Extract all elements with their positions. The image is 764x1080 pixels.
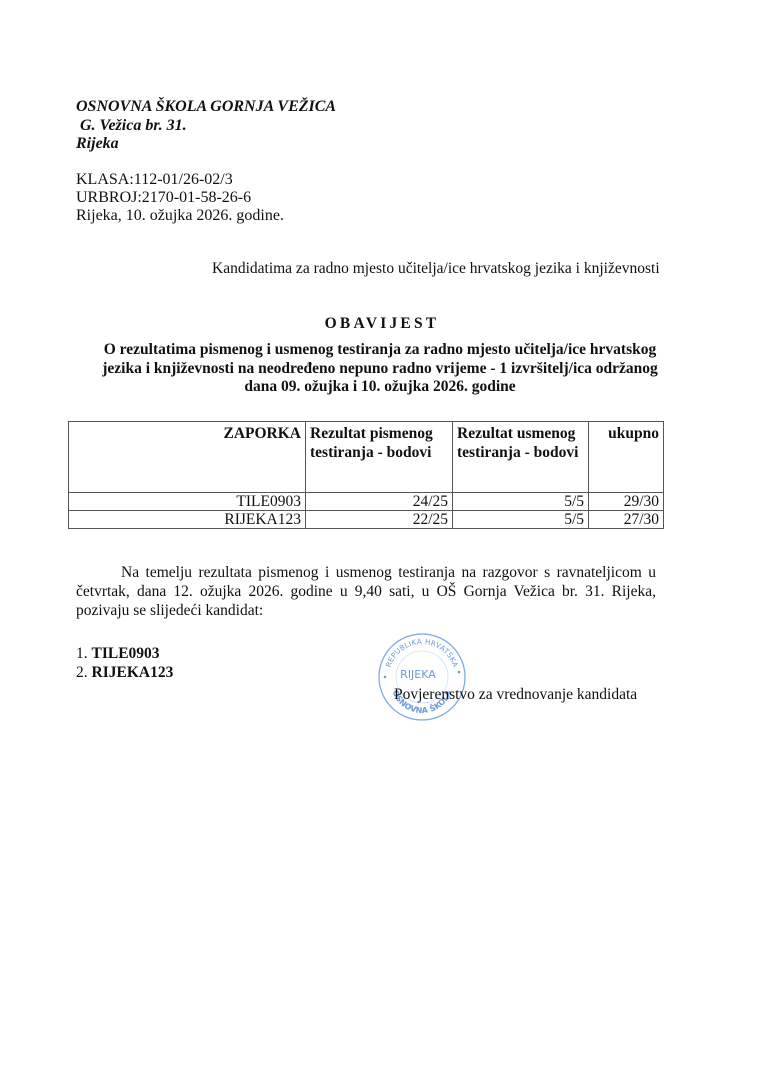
list-item: 1. TILE0903 bbox=[76, 645, 173, 664]
header-code: ZAPORKA bbox=[69, 422, 306, 493]
document-references: KLASA:112-01/26-02/3 URBROJ:2170-01-58-2… bbox=[76, 171, 284, 225]
cell-total: 27/30 bbox=[589, 511, 664, 529]
document-title: OBAVIJEST bbox=[0, 315, 764, 333]
subject-line-3: dana 09. ožujka i 10. ožujka 2026. godin… bbox=[70, 378, 690, 397]
cell-code: RIJEKA123 bbox=[69, 511, 306, 529]
recipient-line: Kandidatima za radno mjesto učitelja/ice… bbox=[212, 260, 660, 278]
subject-line-1: O rezultatima pismenog i usmenog testira… bbox=[70, 341, 690, 360]
candidate-list: 1. TILE0903 2. RIJEKA123 bbox=[76, 645, 173, 682]
paragraph-text: Na temelju rezultata pismenog i usmenog … bbox=[76, 563, 656, 620]
list-item: 2. RIJEKA123 bbox=[76, 664, 173, 683]
table-row: RIJEKA123 22/25 5/5 27/30 bbox=[69, 511, 664, 529]
school-address: G. Vežica br. 31. bbox=[76, 117, 336, 136]
school-city: Rijeka bbox=[76, 135, 336, 154]
cell-oral: 5/5 bbox=[453, 493, 589, 511]
klasa: KLASA:112-01/26-02/3 bbox=[76, 171, 284, 189]
school-name: OSNOVNA ŠKOLA GORNJA VEŽICA bbox=[76, 98, 336, 117]
cell-written: 24/25 bbox=[306, 493, 453, 511]
svg-text:REPUBLIKA HRVATSKA: REPUBLIKA HRVATSKA bbox=[384, 637, 461, 669]
cell-oral: 5/5 bbox=[453, 511, 589, 529]
urbroj: URBROJ:2170-01-58-26-6 bbox=[76, 189, 284, 207]
signature-committee: Povjerenstvo za vrednovanje kandidata bbox=[394, 686, 637, 704]
cell-code: TILE0903 bbox=[69, 493, 306, 511]
header-written: Rezultat pismenogtestiranja - bodovi bbox=[306, 422, 453, 493]
cell-total: 29/30 bbox=[589, 493, 664, 511]
school-header: OSNOVNA ŠKOLA GORNJA VEŽICA G. Vežica br… bbox=[76, 98, 336, 154]
results-table: ZAPORKA Rezultat pismenogtestiranja - bo… bbox=[68, 421, 664, 529]
table-row: TILE0903 24/25 5/5 29/30 bbox=[69, 493, 664, 511]
subject-line-2: jezika i književnosti na neodređeno nepu… bbox=[70, 360, 690, 379]
header-total: ukupno bbox=[589, 422, 664, 493]
invitation-paragraph: Na temelju rezultata pismenog i usmenog … bbox=[76, 563, 656, 620]
svg-text:RIJEKA: RIJEKA bbox=[400, 668, 436, 681]
table-header-row: ZAPORKA Rezultat pismenogtestiranja - bo… bbox=[69, 422, 664, 493]
cell-written: 22/25 bbox=[306, 511, 453, 529]
header-oral: Rezultat usmenogtestiranja - bodovi bbox=[453, 422, 589, 493]
place-date: Rijeka, 10. ožujka 2026. godine. bbox=[76, 207, 284, 225]
official-stamp-icon: REPUBLIKA HRVATSKA RIJEKA OSNOVNA ŠKOLA bbox=[377, 632, 467, 722]
document-subject: O rezultatima pismenog i usmenog testira… bbox=[70, 341, 690, 397]
